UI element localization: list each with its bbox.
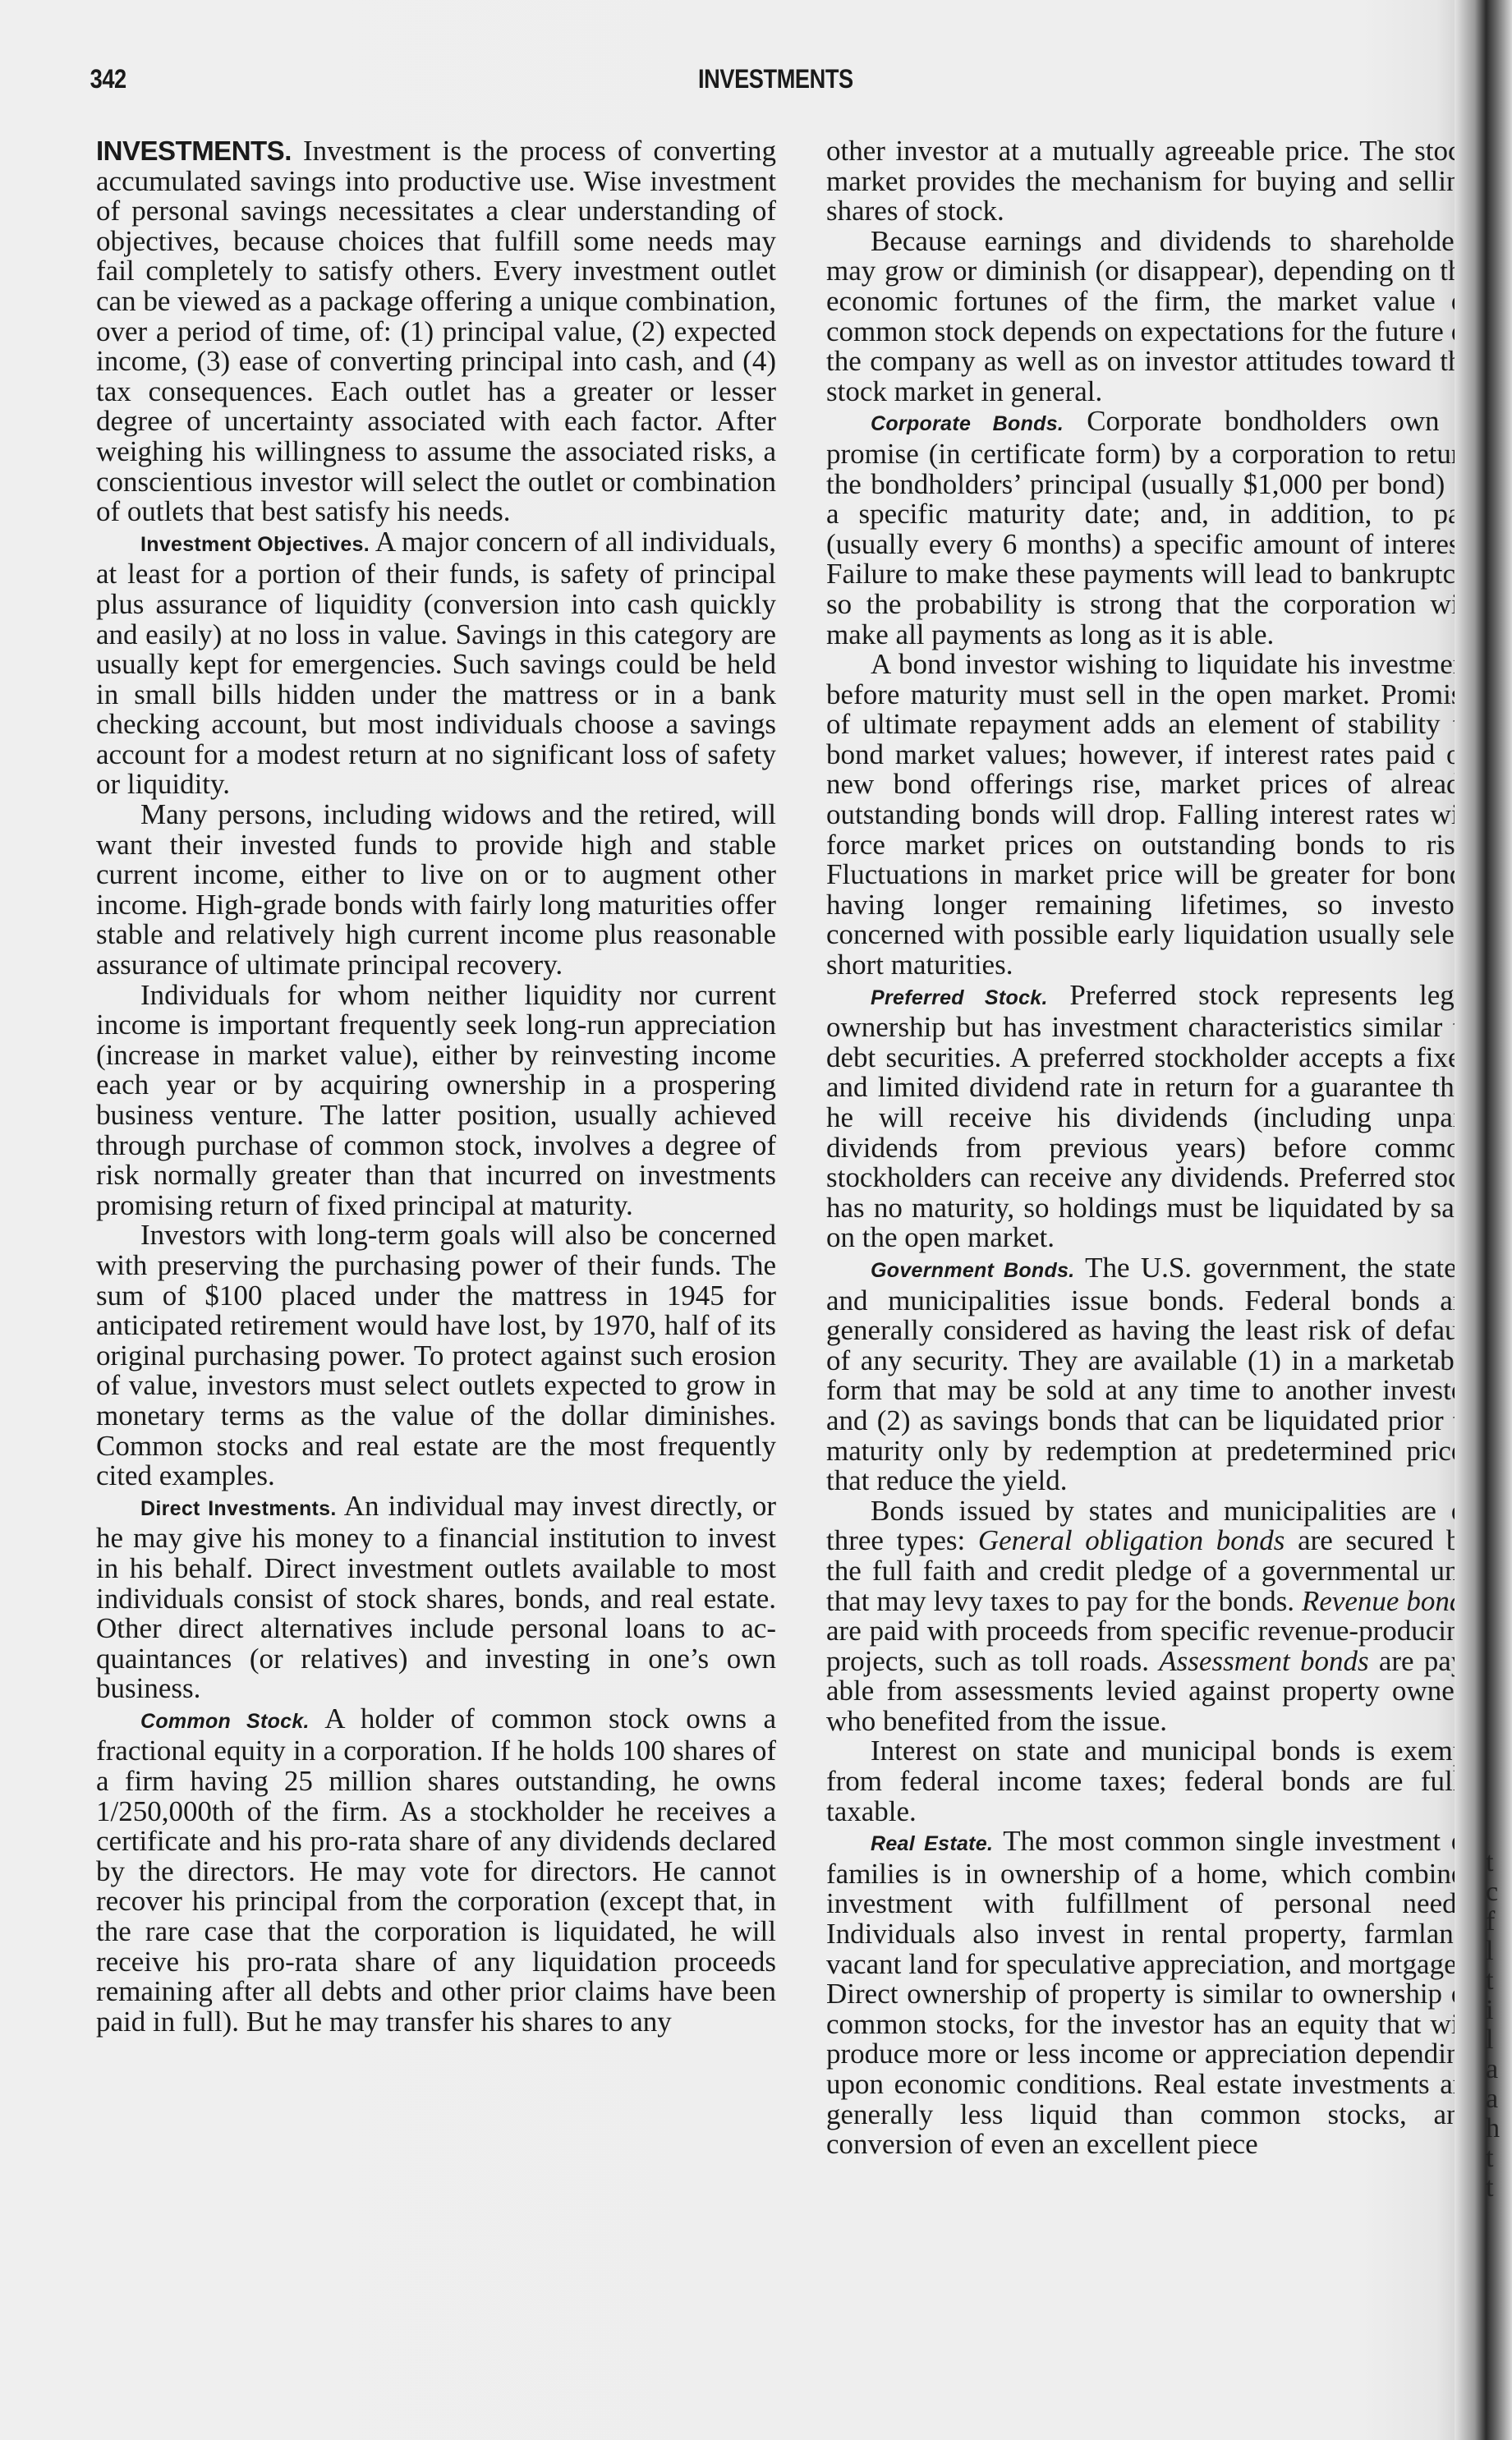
paragraph: Many persons, including widows and the r… [96,800,776,981]
paragraph: Because earnings and dividends to share­… [826,227,1475,407]
facing-page-fragments: t c f l t i l a a h t t [1486,1848,1510,2203]
subhead-direct-investments: Direct Investments. [140,1497,337,1520]
subhead-corporate-bonds: Corporate Bonds. [871,412,1064,435]
running-title: INVESTMENTS [698,64,853,94]
subhead-investment-objectives: Investment Objectives. [140,533,370,556]
paragraph: Investors with long-term goals will also… [96,1220,776,1491]
section-corporate-bonds: Corporate Bonds. Corporate bondholders o… [826,407,1475,650]
subhead-government-bonds: Government Bonds. [871,1259,1075,1282]
book-page: 342 INVESTMENTS INVESTMENTS. Investment … [0,0,1512,2440]
section-government-bonds: Government Bonds. The U.S. government, t… [826,1253,1475,1496]
subhead-preferred-stock: Preferred Stock. [871,986,1048,1009]
paragraph-bond-types: Bonds issued by states and municipalitie… [826,1496,1475,1737]
paragraph-continued: other investor at a mutually agreeable p… [826,136,1475,227]
subhead-common-stock: Common Stock. [140,1710,310,1733]
right-column: other investor at a mutually agreeable p… [826,136,1475,2160]
section-common-stock: Common Stock. A holder of common stock o… [96,1704,776,2038]
section-investment-objectives: Investment Objectives. A major concern o… [96,527,776,800]
paragraph: Interest on state and municipal bonds is… [826,1736,1475,1827]
term-general-obligation-bonds: General obligation bonds [978,1524,1285,1556]
paragraph: A bond investor wishing to liquidate his… [826,650,1475,981]
paragraph: Individuals for whom neither liquidity n… [96,981,776,1221]
subhead-real-estate: Real Estate. [871,1832,993,1855]
book-binding-gutter: t c f l t i l a a h t t [1455,0,1512,2440]
intro-paragraph: INVESTMENTS. Investment is the process o… [96,136,776,527]
section-real-estate: Real Estate. The most common single inve… [826,1827,1475,2160]
page-number: 342 [90,64,126,94]
entry-title: INVESTMENTS. [96,136,292,166]
term-assessment-bonds: Assessment bonds [1159,1645,1368,1677]
left-column: INVESTMENTS. Investment is the process o… [96,136,776,2037]
section-preferred-stock: Preferred Stock. Preferred stock represe… [826,981,1475,1253]
section-direct-investments: Direct Investments. An individual may in… [96,1491,776,1704]
term-revenue-bonds: Revenue bonds [1302,1585,1475,1617]
running-head: 342 INVESTMENTS [0,64,1285,105]
